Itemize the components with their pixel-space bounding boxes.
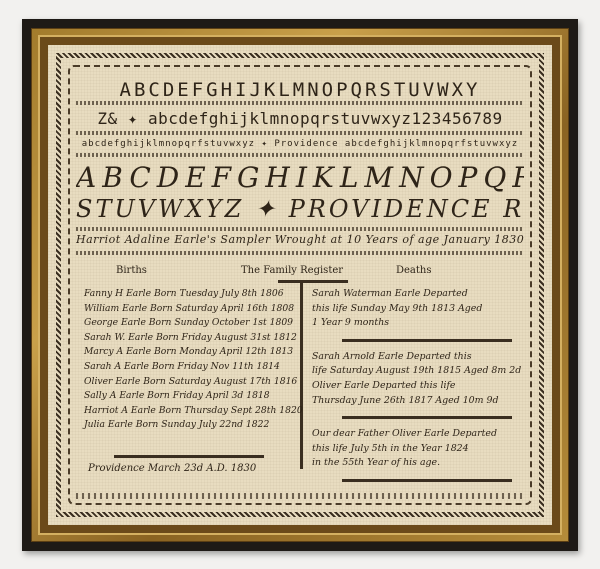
deaths-list: Sarah Waterman Earle Departed this life … (312, 287, 542, 490)
births-closing-rule (114, 455, 264, 458)
picture-frame: ABCDEFGHIJKLMNOPQRSTUVWXY Z& ✦ abcdefghi… (22, 19, 578, 551)
death-line: Oliver Earle Departed this life (312, 379, 542, 394)
death-line: Sarah Waterman Earle Departed (312, 287, 542, 302)
death-line: Our dear Father Oliver Earle Departed (312, 427, 542, 442)
alphabet-lowercase-numerals-row: Z& ✦ abcdefghijklmnopqrstuvwxyz123456789 (76, 109, 524, 128)
birth-entry: Sally A Earle Born Friday April 3d 1818 (84, 389, 294, 404)
death-line: Sarah Arnold Earle Departed this (312, 350, 542, 365)
births-list: Fanny H Earle Born Tuesday July 8th 1806… (84, 287, 294, 433)
deaths-divider-rule (342, 479, 512, 482)
closing-date-line: Providence March 23d A.D. 1830 (88, 463, 288, 474)
stitch-divider (76, 101, 524, 105)
birth-entry: Sarah W. Earle Born Friday August 31st 1… (84, 331, 294, 346)
death-line: Thursday June 26th 1817 Aged 10m 9d (312, 394, 542, 409)
deaths-divider-rule (342, 416, 512, 419)
sampler-field: ABCDEFGHIJKLMNOPQRSTUVWXY Z& ✦ abcdefghi… (68, 65, 532, 505)
death-line: this life Sunday May 9th 1813 Aged (312, 302, 542, 317)
death-line: in the 55th Year of his age. (312, 456, 542, 471)
family-register-heading: The Family Register (241, 265, 343, 276)
death-line: this life July 5th in the Year 1824 (312, 442, 542, 457)
death-line: life Saturday August 19th 1815 Aged 8m 2… (312, 364, 542, 379)
stitch-divider (76, 153, 524, 157)
alphabet-script-row: ABCDEFGHIKLMNOPQR (76, 161, 524, 194)
stitch-divider (76, 131, 524, 135)
register-column-divider (300, 280, 303, 469)
birth-entry: George Earle Born Sunday October 1st 180… (84, 316, 294, 331)
linen-sampler: ABCDEFGHIJKLMNOPQRSTUVWXY Z& ✦ abcdefghi… (48, 45, 552, 525)
death-entry: Our dear Father Oliver Earle Departed th… (312, 427, 542, 471)
birth-entry: Marcy A Earle Born Monday April 12th 181… (84, 345, 294, 360)
birth-entry: Sarah A Earle Born Friday Nov 11th 1814 (84, 360, 294, 375)
death-entry: Sarah Arnold Earle Departed this life Sa… (312, 350, 542, 408)
deaths-heading: Deaths (396, 265, 432, 276)
gilt-frame-molding: ABCDEFGHIJKLMNOPQRSTUVWXY Z& ✦ abcdefghi… (31, 28, 569, 542)
birth-entry: Julia Earle Born Sunday July 22nd 1822 (84, 418, 294, 433)
stitch-divider (76, 251, 524, 255)
register-t-bar (278, 280, 348, 283)
stitch-divider (76, 227, 524, 231)
death-line: 1 Year 9 months (312, 316, 542, 331)
alphabet-script-providence-row: STUVWXYZ ✦ PROVIDENCE R.I. (76, 195, 524, 223)
deaths-divider-rule (342, 339, 512, 342)
birth-entry: Fanny H Earle Born Tuesday July 8th 1806 (84, 287, 294, 302)
birth-entry: William Earle Born Saturday April 16th 1… (84, 302, 294, 317)
death-entry: Sarah Waterman Earle Departed this life … (312, 287, 542, 331)
birth-entry: Harriot A Earle Born Thursday Sept 28th … (84, 404, 294, 419)
birth-entry: Oliver Earle Born Saturday August 17th 1… (84, 375, 294, 390)
births-heading: Births (116, 265, 147, 276)
frame-liner: ABCDEFGHIJKLMNOPQRSTUVWXY Z& ✦ abcdefghi… (38, 35, 562, 535)
bottom-wave-stitch (76, 493, 524, 499)
alphabet-small-row: abcdefghijklmnopqrfstuvwxyz ✦ Providence… (76, 139, 524, 149)
sampler-title-line: Harriot Adaline Earle's Sampler Wrought … (76, 233, 524, 246)
family-register-header: Births The Family Register Deaths (76, 263, 524, 281)
alphabet-uppercase-row: ABCDEFGHIJKLMNOPQRSTUVWXY (76, 79, 524, 101)
